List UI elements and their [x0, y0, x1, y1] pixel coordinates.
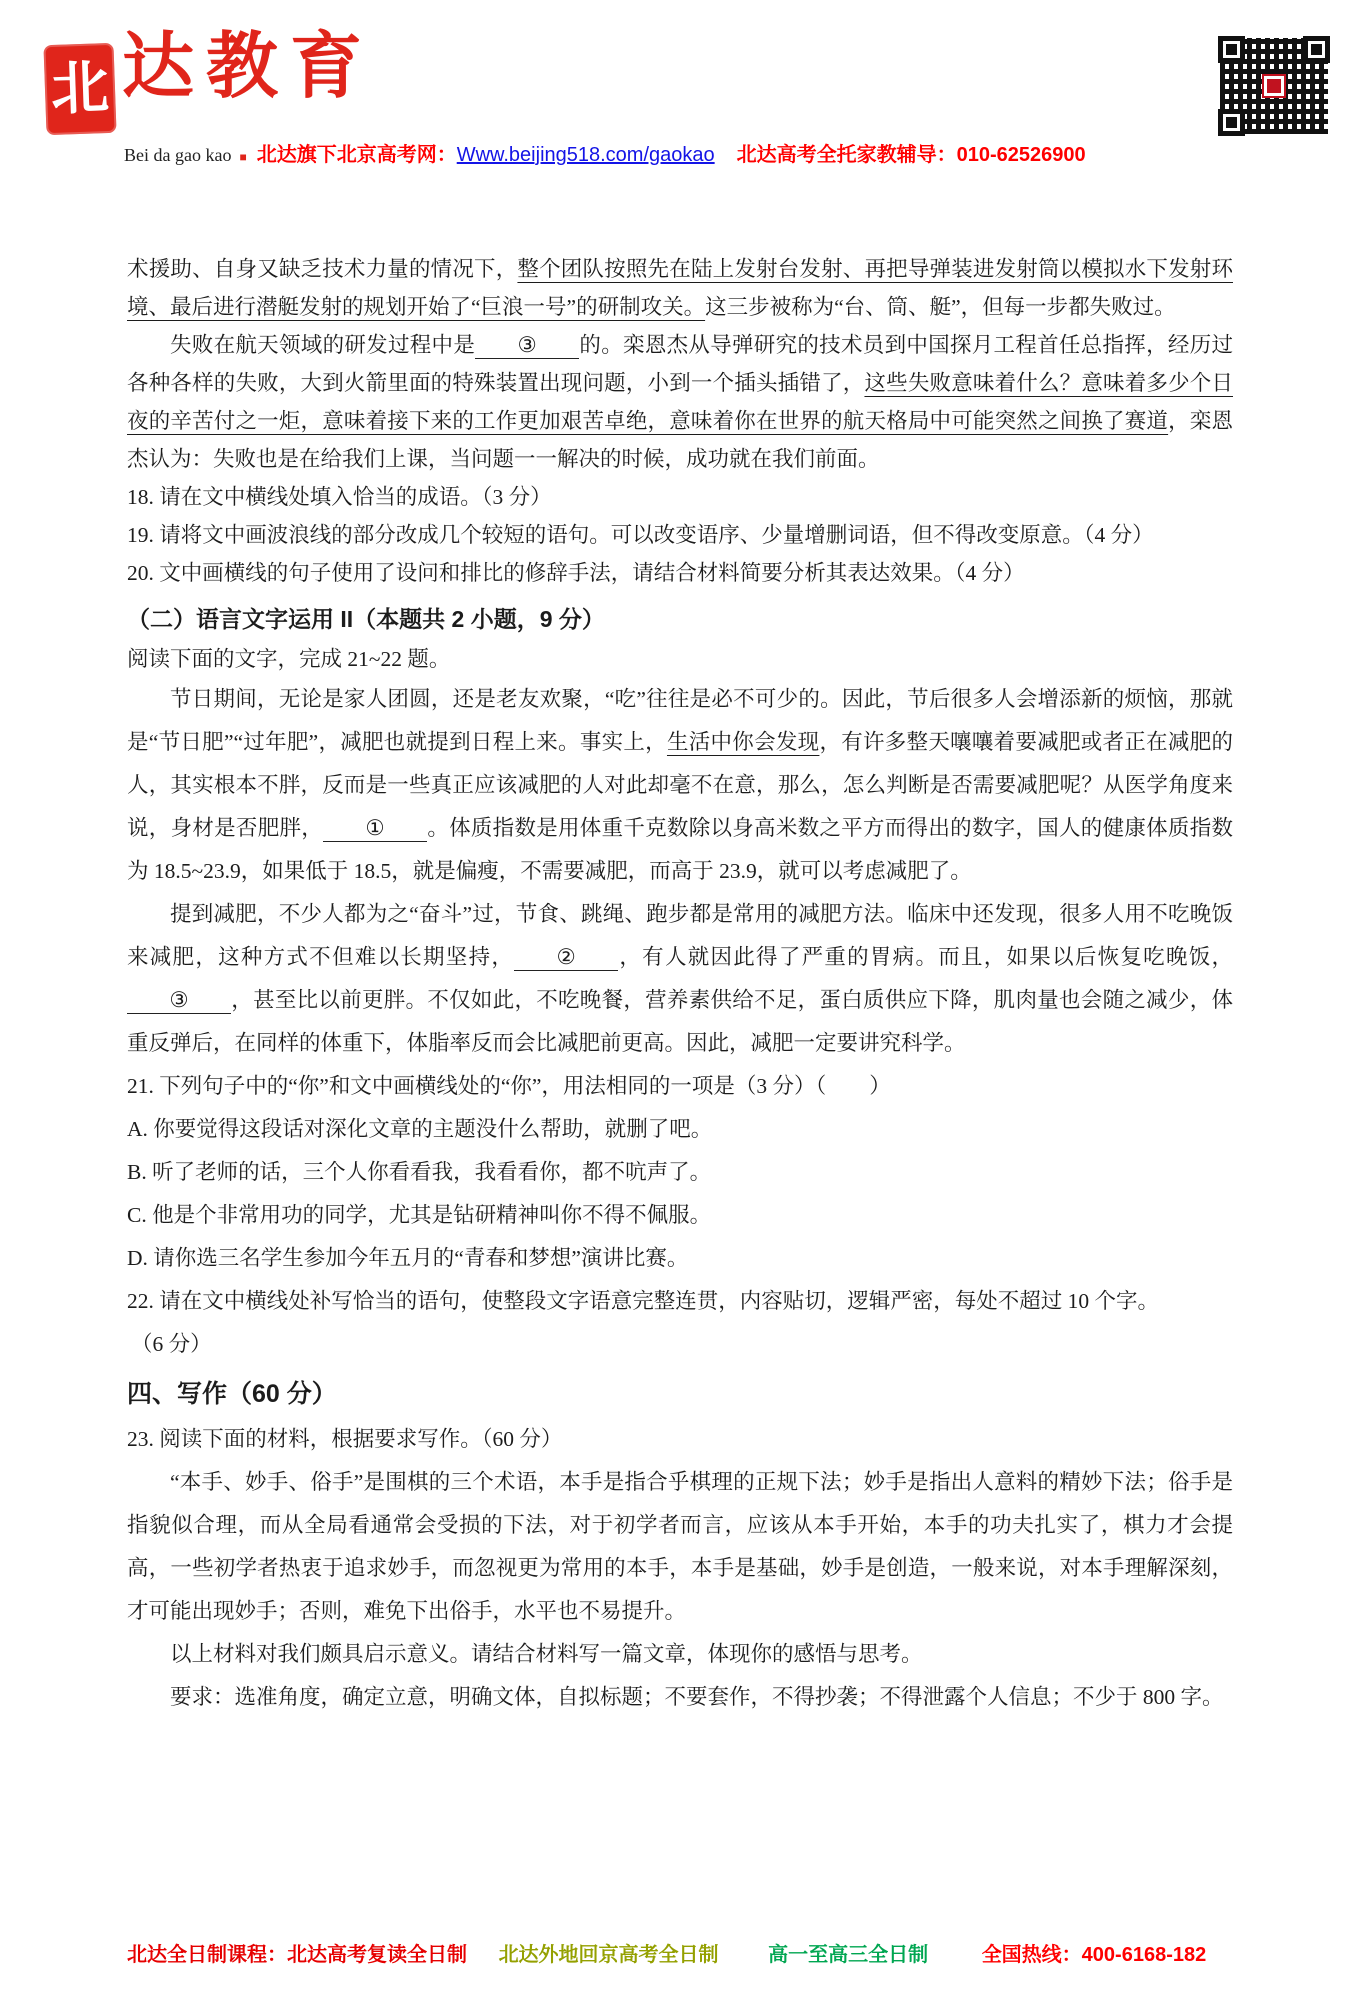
red-square-icon: ■ — [239, 150, 246, 165]
underlined-text: 生活中你会发现 — [667, 730, 819, 754]
page-footer: 北达全日制课程：北达高考复读全日制 北达外地回京高考全日制 高一至高三全日制 全… — [127, 1938, 1206, 1967]
text-run: 以上材料对我们颇具启示意义。请结合材料写一篇文章，体现你的感悟与思考。 — [170, 1642, 923, 1666]
section-4-heading: 四、写作（60 分） — [127, 1370, 1233, 1418]
text-run: ，甚至比以前更胖。不仅如此，不吃晚餐，营养素供给不足，蛋白质供应下降，肌肉量也会… — [127, 988, 1233, 1055]
qr-finder-bottom-left — [1218, 109, 1245, 136]
section-2-intro: 阅读下面的文字，完成 21~22 题。 — [127, 640, 1233, 678]
paragraph-essay-prompt: 以上材料对我们颇具启示意义。请结合材料写一篇文章，体现你的感悟与思考。 — [127, 1633, 1233, 1676]
qr-center-logo — [1262, 74, 1286, 98]
option-d: D. 请你选三名学生参加今年五月的“青春和梦想”演讲比赛。 — [127, 1237, 1233, 1280]
paragraph-essay-requirements: 要求：选准角度，确定立意，明确文体，自拟标题；不要套作，不得抄袭；不得泄露个人信… — [127, 1676, 1233, 1719]
question-20: 20. 文中画横线的句子使用了设问和排比的修辞手法，请结合材料简要分析其表达效果… — [127, 554, 1233, 592]
section-2-heading: （二）语言文字运用 II（本题共 2 小题，9 分） — [127, 598, 1233, 640]
question-21: 21. 下列句子中的“你”和文中画横线处的“你”，用法相同的一项是（3 分）（ … — [127, 1065, 1233, 1108]
question-19: 19. 请将文中画波浪线的部分改成几个较短的语句。可以改变语序、少量增删词语，但… — [127, 516, 1233, 554]
question-22-score: （6 分） — [127, 1323, 1233, 1366]
option-c: C. 他是个非常用功的同学，尤其是钻研精神叫你不得不佩服。 — [127, 1194, 1233, 1237]
website-link[interactable]: Www.beijing518.com/gaokao — [457, 144, 715, 167]
option-b: B. 听了老师的话，三个人你看看我，我看看你，都不吭声了。 — [127, 1151, 1233, 1194]
text-run: 术援助、自身又缺乏技术力量的情况下， — [127, 257, 517, 281]
blank-answer-slot: ③ — [475, 333, 579, 359]
pinyin-caption: Bei da gao kao — [124, 145, 231, 166]
blank-answer-slot: ② — [514, 945, 618, 971]
question-18: 18. 请在文中横线处填入恰当的成语。（3 分） — [127, 478, 1233, 516]
site-label: 北达旗下北京高考网： — [257, 138, 457, 167]
paragraph-diet-1: 节日期间，无论是家人团圆，还是老友欢聚，“吃”往往是必不可少的。因此，节后很多人… — [127, 678, 1233, 893]
qr-finder-top-right — [1303, 36, 1330, 63]
footer-national-hotline: 全国热线：400-6168-182 — [982, 1944, 1207, 1966]
seal-character: 北 — [50, 59, 110, 119]
paragraph-rocket-2: 失败在航天领域的研发过程中是③的。栾恩杰从导弹研究的技术员到中国探月工程首任总指… — [127, 326, 1233, 478]
exam-page: 北 达教育 Bei da gao kao ■ 北达旗下北京高考网： Www.be… — [0, 0, 1358, 2008]
blank-answer-slot: ③ — [127, 988, 231, 1014]
blank-answer-slot: ① — [323, 816, 427, 842]
footer-fulltime-courses: 北达全日制课程：北达高考复读全日制 — [127, 1944, 467, 1966]
paragraph-go-terms: “本手、妙手、俗手”是围棋的三个术语，本手是指合乎棋理的正规下法；妙手是指出人意… — [127, 1461, 1233, 1633]
text-run: 这三步被称为“台、筒、艇”，但每一步都失败过。 — [705, 295, 1176, 319]
qr-finder-top-left — [1218, 36, 1245, 63]
exam-content: 术援助、自身又缺乏技术力量的情况下，整个团队按照先在陆上发射台发射、再把导弹装进… — [127, 250, 1233, 1719]
paragraph-rocket-1: 术援助、自身又缺乏技术力量的情况下，整个团队按照先在陆上发射台发射、再把导弹装进… — [127, 250, 1233, 326]
option-a: A. 你要觉得这段话对深化文章的主题没什么帮助，就删了吧。 — [127, 1108, 1233, 1151]
text-run: ，有人就因此得了严重的胃病。而且，如果以后恢复吃晚饭， — [618, 945, 1233, 969]
question-22: 22. 请在文中横线处补写恰当的语句，使整段文字语意完整连贯，内容贴切，逻辑严密… — [127, 1280, 1233, 1323]
header-contact-line: Bei da gao kao ■ 北达旗下北京高考网： Www.beijing5… — [124, 138, 1086, 167]
beida-seal-logo: 北 — [43, 43, 116, 135]
tutoring-hotline: 北达高考全托家教辅导：010-62526900 — [737, 138, 1086, 167]
text-run: 失败在航天领域的研发过程中是 — [170, 333, 475, 357]
footer-grade-range: 高一至高三全日制 — [768, 1944, 928, 1966]
qr-code — [1218, 36, 1330, 136]
text-run: 要求：选准角度，确定立意，明确文体，自拟标题；不要套作，不得抄袭；不得泄露个人信… — [170, 1685, 1224, 1709]
paragraph-diet-2: 提到减肥，不少人都为之“奋斗”过，节食、跳绳、跑步都是常用的减肥方法。临床中还发… — [127, 893, 1233, 1065]
question-23: 23. 阅读下面的材料，根据要求写作。（60 分） — [127, 1418, 1233, 1461]
logo-text: 达教育 — [122, 28, 374, 107]
text-run: “本手、妙手、俗手”是围棋的三个术语，本手是指合乎棋理的正规下法；妙手是指出人意… — [127, 1470, 1233, 1623]
footer-returning-students: 北达外地回京高考全日制 — [499, 1944, 719, 1966]
